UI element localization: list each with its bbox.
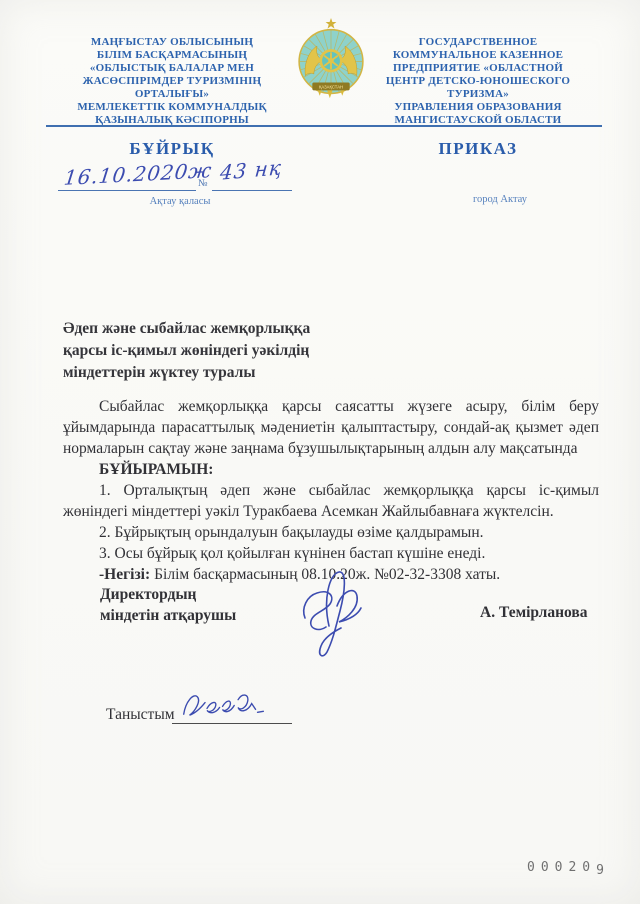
order-body: Сыбайлас жемқорлыққа қарсы саясатты жүзе… — [63, 396, 599, 585]
place-russian: город Актау — [450, 194, 550, 205]
director-signature — [298, 566, 380, 661]
acknowledgement-underline — [172, 723, 292, 724]
org-line: МАҢҒЫСТАУ ОБЛЫСЫНЫҢ — [46, 36, 298, 49]
acknowledgement-label: Таныстым — [106, 706, 175, 724]
preamble-paragraph: Сыбайлас жемқорлыққа қарсы саясатты жүзе… — [63, 396, 599, 459]
signer-role: Директордың міндетін атқарушы — [100, 584, 236, 626]
org-line: ЖАСӨСПІРІМДЕР ТУРИЗМІНІҢ — [46, 75, 298, 88]
title-line: міндеттерін жүктеу туралы — [63, 362, 413, 384]
place-kazakh: Ақтау қаласы — [110, 196, 250, 207]
org-line: ОРТАЛЫҒЫ» — [46, 88, 298, 101]
org-line: ТУРИЗМА» — [352, 88, 604, 101]
order-title: Әдеп және сыбайлас жемқорлыққа қарсы іс-… — [63, 318, 413, 384]
stamp-last-digit: 9 — [596, 863, 604, 878]
org-line: ПРЕДПРИЯТИЕ «ОБЛАСТНОЙ — [352, 62, 604, 75]
date-underline — [58, 190, 196, 191]
org-line: УПРАВЛЕНИЯ ОБРАЗОВАНИЯ — [352, 101, 604, 114]
handwritten-date: 16.10.2020ж — [63, 158, 214, 190]
org-name-kazakh: МАҢҒЫСТАУ ОБЛЫСЫНЫҢ БІЛІМ БАСҚАРМАСЫНЫҢ … — [46, 36, 298, 127]
scanned-order-document: МАҢҒЫСТАУ ОБЛЫСЫНЫҢ БІЛІМ БАСҚАРМАСЫНЫҢ … — [0, 0, 640, 904]
signer-role-line: Директордың — [100, 584, 236, 605]
order-label-kazakh: БҰЙРЫҚ — [46, 139, 298, 159]
decree-word: БҰЙЫРАМЫН: — [63, 459, 599, 480]
org-line: БІЛІМ БАСҚАРМАСЫНЫҢ — [46, 49, 298, 62]
handwritten-order-number: 43 нқ — [219, 155, 283, 185]
letterhead-divider — [46, 125, 602, 127]
number-underline — [212, 190, 292, 191]
org-line: ЦЕНТР ДЕТСКО-ЮНОШЕСКОГО — [352, 75, 604, 88]
org-line: ГОСУДАРСТВЕННОЕ — [352, 36, 604, 49]
title-line: Әдеп және сыбайлас жемқорлыққа — [63, 318, 413, 340]
order-item-1: 1. Орталықтың әдеп және сыбайлас жемқорл… — [63, 480, 599, 522]
order-label-russian: ПРИКАЗ — [352, 139, 604, 159]
signer-name: А. Темірланова — [480, 604, 588, 622]
order-item-3: 3. Осы бұйрық қол қойылған күнінен баста… — [63, 543, 599, 564]
order-item-2: 2. Бұйрықтың орындалуын бақылауды өзіме … — [63, 522, 599, 543]
basis-label: -Негізі: — [99, 566, 150, 583]
emblem-banner-text: ҚАЗАҚСТАН — [319, 84, 343, 89]
org-line: МЕМЛЕКЕТТІК КОММУНАЛДЫҚ — [46, 101, 298, 114]
org-line: КОММУНАЛЬНОЕ КАЗЕННОЕ — [352, 49, 604, 62]
org-line: «ОБЛЫСТЫҚ БАЛАЛАР МЕН — [46, 62, 298, 75]
number-sign: № — [198, 178, 208, 189]
page-stamp-number: 000209 — [527, 860, 604, 875]
title-line: қарсы іс-қимыл жөніндегі уәкілдің — [63, 340, 413, 362]
stamp-prefix: 00020 — [527, 860, 596, 875]
signer-role-line: міндетін атқарушы — [100, 605, 236, 626]
acknowledgement-signature — [174, 688, 274, 722]
org-name-russian: ГОСУДАРСТВЕННОЕ КОММУНАЛЬНОЕ КАЗЕННОЕ ПР… — [352, 36, 604, 127]
